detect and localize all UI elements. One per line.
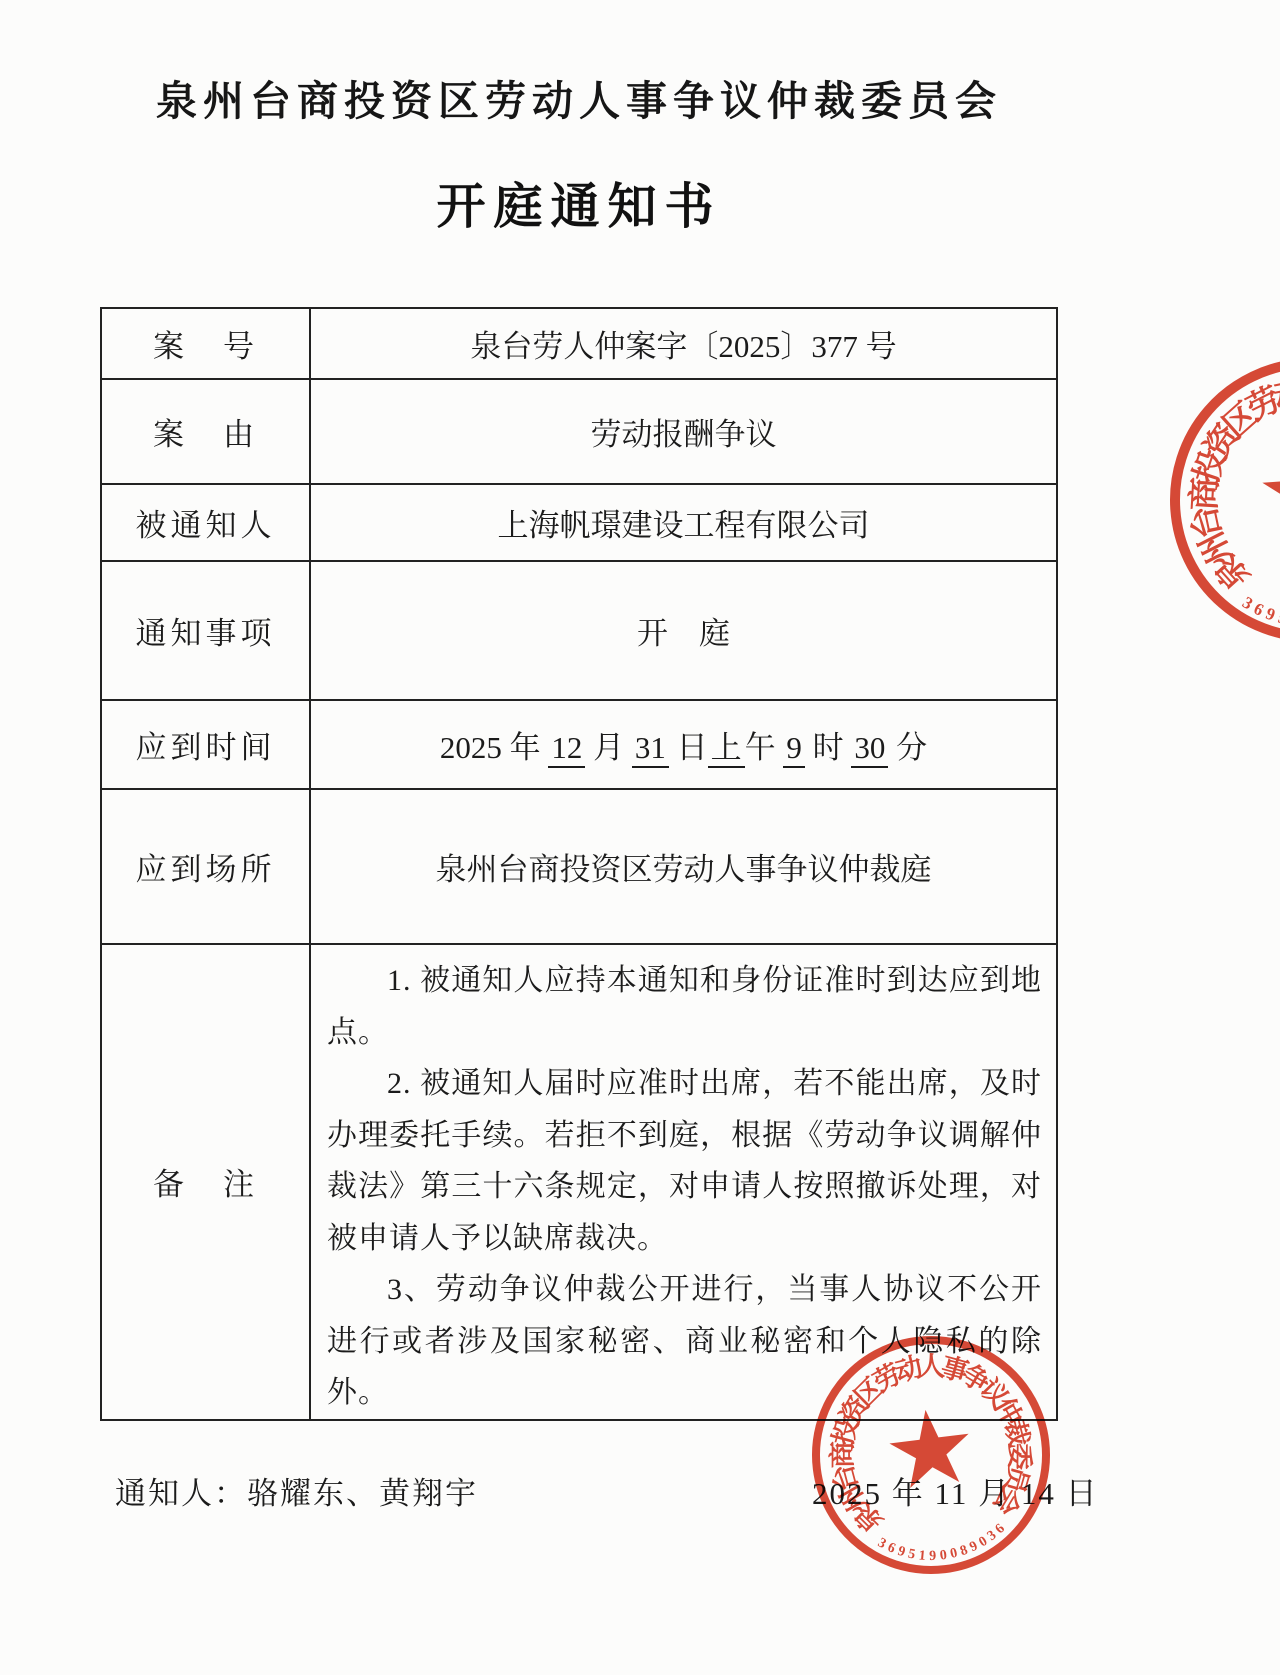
table-row-arrival-place: 应到场所 泉州台商投资区劳动人事争议仲裁庭 [101, 789, 1057, 944]
table-row-remarks: 备 注 1. 被通知人应持本通知和身份证准时到达应到地点。 2. 被通知人届时应… [101, 944, 1057, 1420]
row-value-arrival-time: 2025 年 12 月 31 日上午 9 时 30 分 [310, 700, 1057, 789]
document-title: 开庭通知书 [100, 168, 1058, 238]
remark-paragraph: 2. 被通知人届时应准时出席，若不能出席，及时办理委托手续。若拒不到庭，根据《劳… [327, 1058, 1042, 1264]
seal-arc-digits: 3695190089036 [1160, 348, 1280, 651]
row-label-notified-party: 被通知人 [101, 484, 310, 561]
notifier-line: 通知人：骆耀东、黄翔宇 [115, 1468, 478, 1513]
seal-ring [1160, 348, 1280, 651]
table-row-notice-matter: 通知事项 开 庭 [101, 561, 1057, 700]
official-seal-top: ★ 泉州台商投资区劳动人事争议仲裁委员会 3695190089036 [1160, 348, 1280, 651]
remark-paragraph: 1. 被通知人应持本通知和身份证准时到达应到地点。 [327, 955, 1042, 1058]
row-label-remarks: 备 注 [101, 944, 310, 1420]
table-row-arrival-time: 应到时间 2025 年 12 月 31 日上午 9 时 30 分 [101, 700, 1057, 789]
seal-arc-text: 泉州台商投资区劳动人事争议仲裁委员会 [1160, 348, 1280, 651]
row-value-arrival-place: 泉州台商投资区劳动人事争议仲裁庭 [310, 789, 1057, 944]
remark-paragraph: 3、劳动争议仲裁公开进行，当事人协议不公开进行或者涉及国家秘密、商业秘密和个人隐… [327, 1264, 1042, 1419]
committee-title: 泉州台商投资区劳动人事争议仲裁委员会 [100, 68, 1058, 127]
row-value-notice-matter: 开 庭 [310, 561, 1057, 700]
issue-date: 2025 年 11 月 14 日 [812, 1468, 1099, 1513]
table-row-case-number: 案 号 泉台劳人仲案字〔2025〕377 号 [101, 308, 1057, 379]
document-page: 泉州台商投资区劳动人事争议仲裁委员会 开庭通知书 案 号 泉台劳人仲案字〔202… [0, 0, 1280, 1675]
row-value-case-number: 泉台劳人仲案字〔2025〕377 号 [310, 308, 1057, 379]
seal-star-icon: ★ [1251, 426, 1280, 560]
row-value-cause: 劳动报酬争议 [310, 379, 1057, 484]
notice-table: 案 号 泉台劳人仲案字〔2025〕377 号 案 由 劳动报酬争议 被通知人 上… [100, 307, 1058, 1421]
table-row-cause: 案 由 劳动报酬争议 [101, 379, 1057, 484]
row-label-arrival-place: 应到场所 [101, 789, 310, 944]
row-value-notified-party: 上海帆璟建设工程有限公司 [310, 484, 1057, 561]
row-label-arrival-time: 应到时间 [101, 700, 310, 789]
table-row-notified-party: 被通知人 上海帆璟建设工程有限公司 [101, 484, 1057, 561]
row-label-cause: 案 由 [101, 379, 310, 484]
row-label-case-number: 案 号 [101, 308, 310, 379]
row-value-remarks: 1. 被通知人应持本通知和身份证准时到达应到地点。 2. 被通知人届时应准时出席… [310, 944, 1057, 1420]
row-label-notice-matter: 通知事项 [101, 561, 310, 700]
